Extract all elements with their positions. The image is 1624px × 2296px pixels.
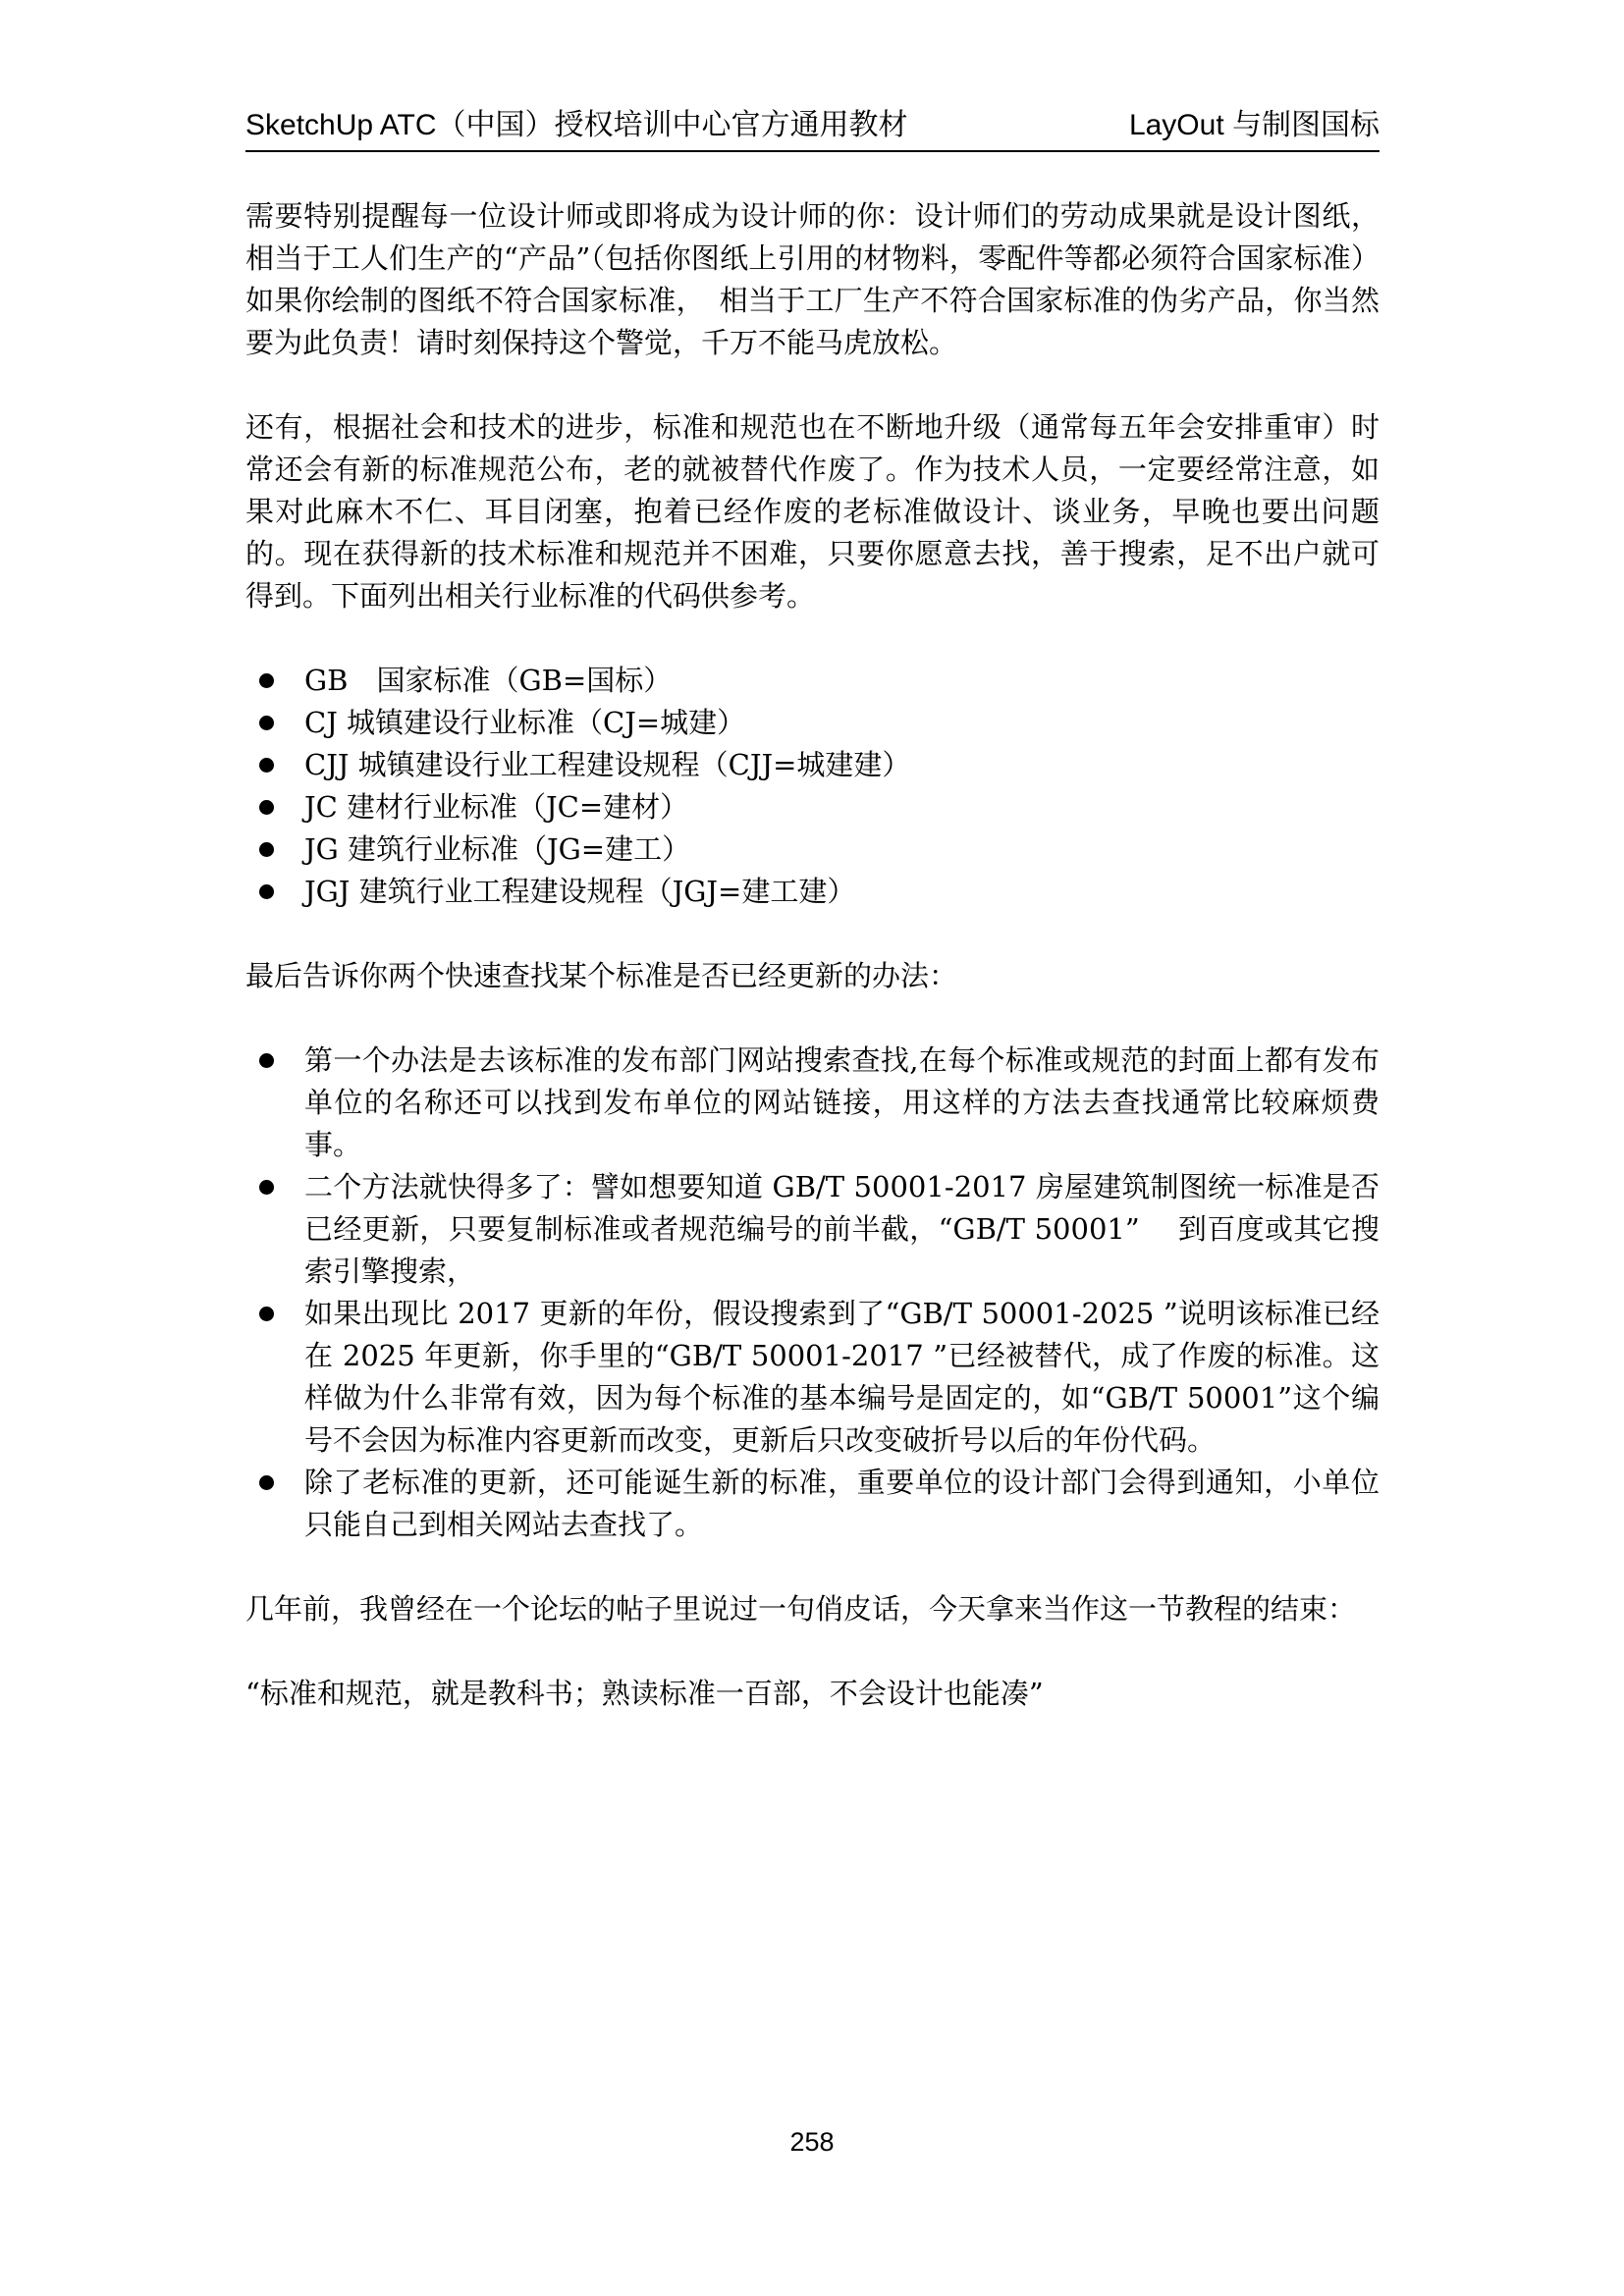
bullet-icon [259, 1180, 274, 1195]
list-item-text: CJJ 城镇建设行业工程建设规程（CJJ=城建建） [304, 744, 1380, 786]
list-item-text: JG 建筑行业标准（JG=建工） [304, 828, 1380, 871]
header-left-title: SketchUp ATC（中国）授权培训中心官方通用教材 [245, 108, 908, 143]
list-item-text: 第一个办法是去该标准的发布部门网站搜索查找,在每个标准或规范的封面上都有发布单位… [304, 1040, 1380, 1166]
paragraph-standards-upgrade: 还有，根据社会和技术的进步，标准和规范也在不断地升级（通常每五年会安排重审）时常… [245, 406, 1380, 617]
update-check-methods-list: 第一个办法是去该标准的发布部门网站搜索查找,在每个标准或规范的封面上都有发布单位… [245, 1040, 1380, 1546]
list-item: 如果出现比 2017 更新的年份，假设搜索到了“GB/T 50001-2025 … [245, 1293, 1380, 1462]
document-page: SketchUp ATC（中国）授权培训中心官方通用教材 LayOut 与制图国… [0, 0, 1624, 2296]
list-item: CJJ 城镇建设行业工程建设规程（CJJ=城建建） [245, 744, 1380, 786]
list-item: 二个方法就快得多了：譬如想要知道 GB/T 50001-2017 房屋建筑制图统… [245, 1166, 1380, 1293]
paragraph-quote: “标准和规范，就是教科书；熟读标准一百部，不会设计也能凑” [245, 1673, 1380, 1715]
list-item-text: 二个方法就快得多了：譬如想要知道 GB/T 50001-2017 房屋建筑制图统… [304, 1166, 1380, 1293]
bullet-icon [259, 758, 274, 773]
list-item-text: JC 建材行业标准（JC=建材） [304, 786, 1380, 828]
paragraph-closing: 几年前，我曾经在一个论坛的帖子里说过一句俏皮话，今天拿来当作这一节教程的结束： [245, 1588, 1380, 1630]
bullet-icon [259, 673, 274, 688]
list-item: 除了老标准的更新，还可能诞生新的标准，重要单位的设计部门会得到通知，小单位只能自… [245, 1462, 1380, 1546]
list-item-text: 除了老标准的更新，还可能诞生新的标准，重要单位的设计部门会得到通知，小单位只能自… [304, 1462, 1380, 1546]
page-header: SketchUp ATC（中国）授权培训中心官方通用教材 LayOut 与制图国… [245, 108, 1380, 152]
paragraph-intro: 需要特别提醒每一位设计师或即将成为设计师的你：设计师们的劳动成果就是设计图纸，相… [245, 195, 1380, 364]
list-item-text: 如果出现比 2017 更新的年份，假设搜索到了“GB/T 50001-2025 … [304, 1293, 1380, 1462]
list-item: JGJ 建筑行业工程建设规程（JGJ=建工建） [245, 871, 1380, 913]
page-body: 需要特别提醒每一位设计师或即将成为设计师的你：设计师们的劳动成果就是设计图纸，相… [245, 195, 1380, 1757]
list-item: GB 国家标准（GB=国标） [245, 660, 1380, 702]
list-item-text: JGJ 建筑行业工程建设规程（JGJ=建工建） [304, 871, 1380, 913]
standards-code-list: GB 国家标准（GB=国标） CJ 城镇建设行业标准（CJ=城建） CJJ 城镇… [245, 660, 1380, 913]
header-right-title: LayOut 与制图国标 [1129, 108, 1380, 143]
list-item: JG 建筑行业标准（JG=建工） [245, 828, 1380, 871]
list-item-text: CJ 城镇建设行业标准（CJ=城建） [304, 702, 1380, 744]
bullet-icon [259, 1053, 274, 1068]
bullet-icon [259, 1475, 274, 1490]
page-footer: 258 [0, 2126, 1624, 2158]
bullet-icon [259, 716, 274, 730]
page-number: 258 [789, 2127, 834, 2157]
list-item: 第一个办法是去该标准的发布部门网站搜索查找,在每个标准或规范的封面上都有发布单位… [245, 1040, 1380, 1166]
list-item-text: GB 国家标准（GB=国标） [304, 660, 1380, 702]
bullet-icon [259, 800, 274, 815]
bullet-icon [259, 1307, 274, 1321]
bullet-icon [259, 842, 274, 857]
list-item: JC 建材行业标准（JC=建材） [245, 786, 1380, 828]
paragraph-methods-intro: 最后告诉你两个快速查找某个标准是否已经更新的办法： [245, 955, 1380, 997]
bullet-icon [259, 884, 274, 899]
list-item: CJ 城镇建设行业标准（CJ=城建） [245, 702, 1380, 744]
